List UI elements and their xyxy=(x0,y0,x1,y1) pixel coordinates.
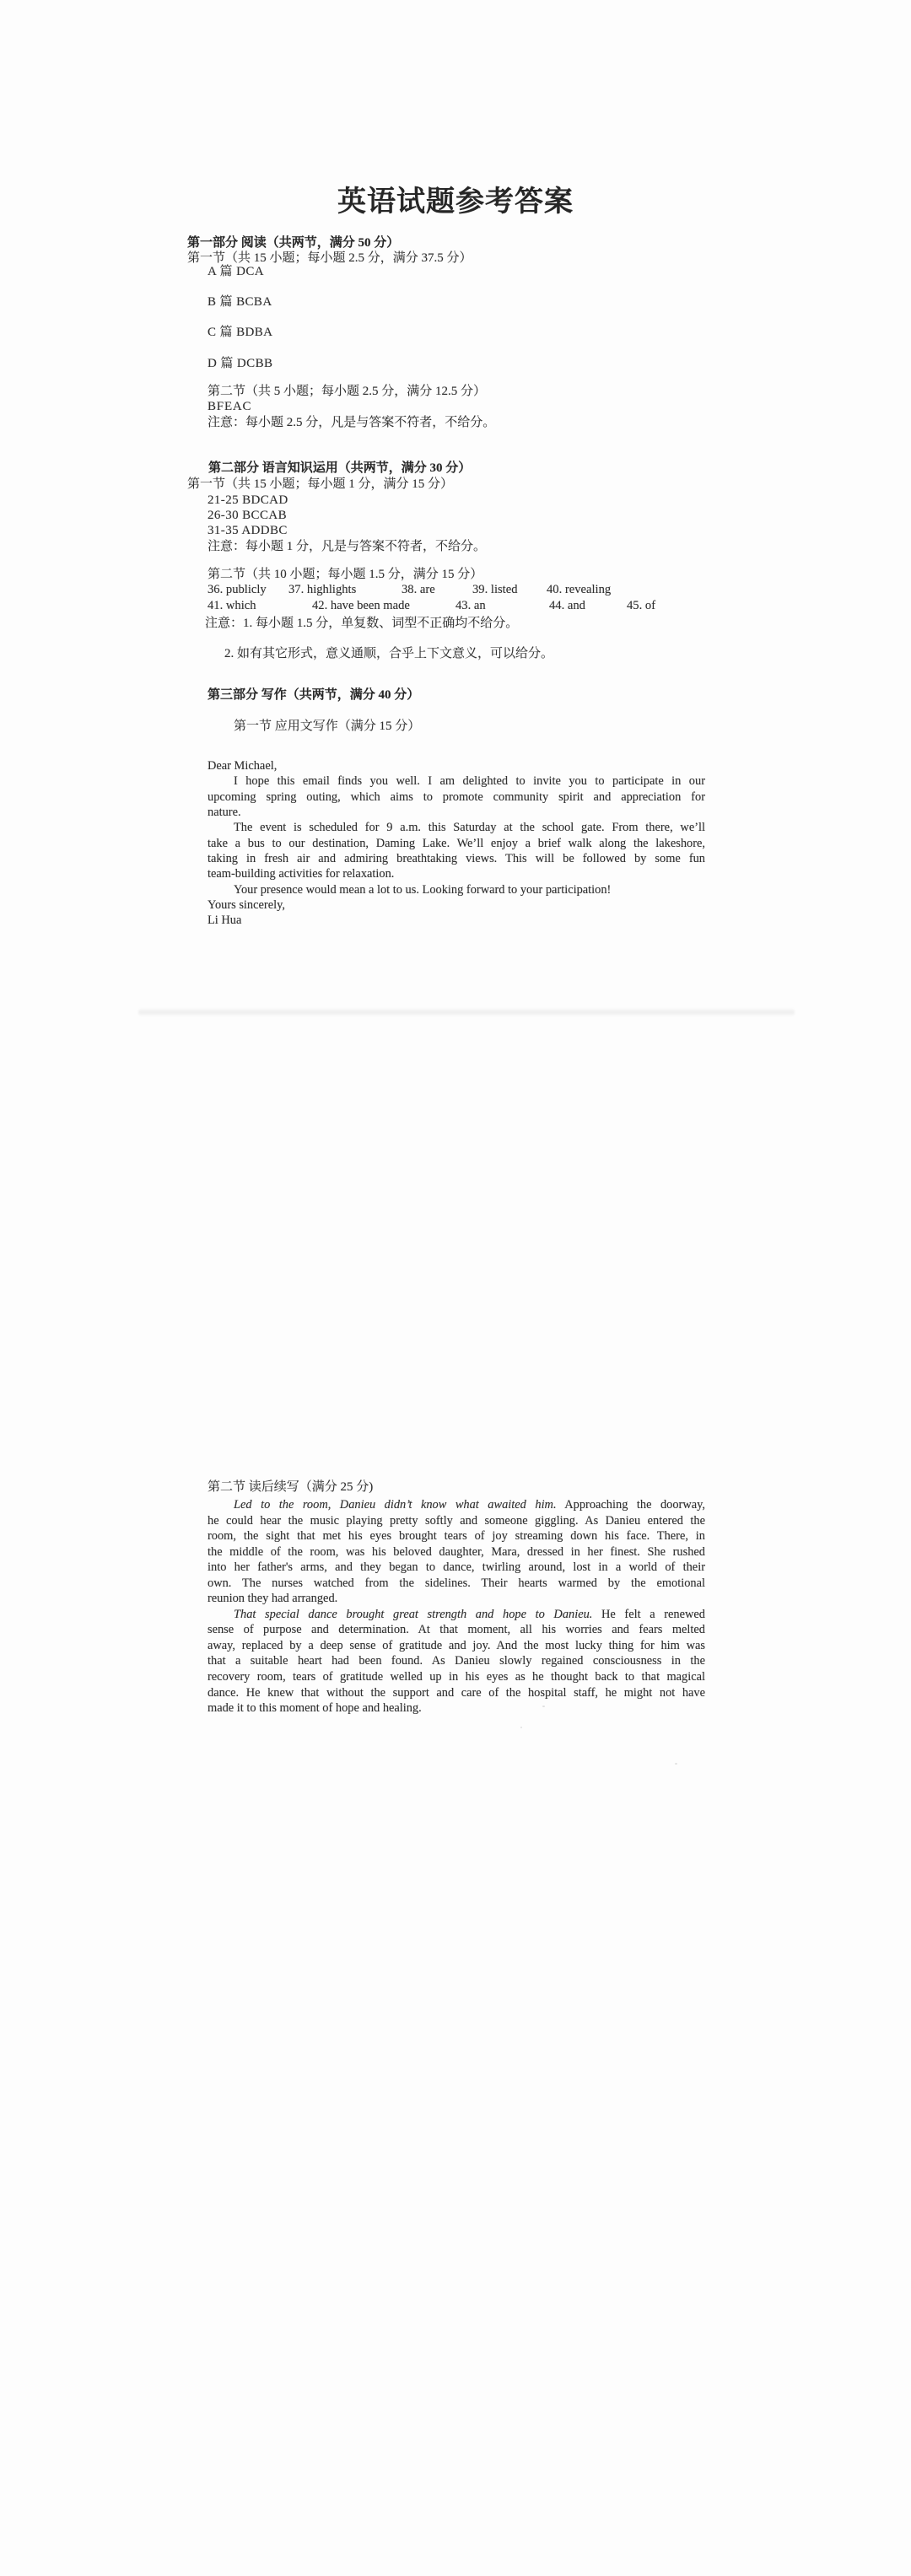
plain-text: He felt a renewed xyxy=(592,1608,705,1621)
part3-heading: 第三部分 写作（共两节，满分 40 分） xyxy=(208,687,419,703)
part2-section1-heading: 第一节（共 15 小题；每小题 1 分，满分 15 分） xyxy=(187,477,453,493)
fill-answer: 40. revealing xyxy=(547,583,611,597)
plain-text: Approaching the doorway, xyxy=(557,1498,705,1512)
text-line: sense of purpose and determination. At t… xyxy=(208,1622,705,1638)
answer-line: 26-30 BCCAB xyxy=(208,508,288,523)
fill-answer: 38. are xyxy=(402,583,435,597)
fill-answer: 39. listed xyxy=(472,583,518,597)
scan-band-artifact xyxy=(138,1009,795,1016)
part2-section2-heading: 第二节（共 10 小题；每小题 1.5 分，满分 15 分） xyxy=(208,567,482,583)
text-line: upcoming spring outing, which aims to pr… xyxy=(208,790,705,805)
text-line: dance. He knew that without the support … xyxy=(208,1685,705,1701)
part2-cloze-answers: 21-25 BDCAD26-30 BCCAB31-35 ADDBC xyxy=(208,493,288,539)
text-line: team-building activities for relaxation. xyxy=(208,866,705,881)
part2-section2-note-1: 注意：1. 每小题 1.5 分，单复数、词型不正确均不给分。 xyxy=(205,616,518,632)
scan-speck xyxy=(675,1763,677,1765)
answer-line: B 篇 BCBA xyxy=(208,294,272,325)
part1-passage-answers: A 篇 DCAB 篇 BCBAC 篇 BDBAD 篇 DCBB xyxy=(208,264,272,386)
part2-section1-note: 注意：每小题 1 分，凡是与答案不符者，不给分。 xyxy=(208,539,486,555)
text-line: that a suitable heart had been found. As… xyxy=(208,1653,705,1669)
fill-answer: 37. highlights xyxy=(288,583,356,597)
text-line: away, replaced by a deep sense of gratit… xyxy=(208,1638,705,1654)
fill-answer: 42. have been made xyxy=(312,599,410,613)
text-line: taking in fresh air and admiring breatht… xyxy=(208,851,705,866)
application-letter: Dear Michael,I hope this email finds you… xyxy=(208,758,705,929)
text-line: I hope this email finds you well. I am d… xyxy=(208,773,705,789)
text-line: the middle of the room, was his beloved … xyxy=(208,1544,705,1560)
italic-text: That special dance brought great strengt… xyxy=(234,1608,592,1621)
answer-line: A 篇 DCA xyxy=(208,264,272,294)
scan-speck xyxy=(542,1706,545,1707)
document-page: 英语试题参考答案 第一部分 阅读（共两节，满分 50 分） 第一节（共 15 小… xyxy=(0,0,911,2576)
text-line: Li Hua xyxy=(208,913,705,928)
text-line: recovery room, tears of gratitude welled… xyxy=(208,1669,705,1685)
fill-answer: 36. publicly xyxy=(208,583,267,597)
answer-line: 21-25 BDCAD xyxy=(208,493,288,508)
text-line: into her father's arms, and they began t… xyxy=(208,1560,705,1576)
text-line: Yours sincerely, xyxy=(208,897,705,913)
part1-heading: 第一部分 阅读（共两节，满分 50 分） xyxy=(187,235,399,251)
part2-fill-row-1: 36. publicly37. highlights38. are39. lis… xyxy=(208,583,714,599)
part3-section2-heading: 第二节 读后续写（满分 25 分) xyxy=(208,1479,373,1495)
doc-title: 英语试题参考答案 xyxy=(0,186,911,218)
fill-answer: 45. of xyxy=(627,599,655,613)
text-line: take a bus to our destination, Daming La… xyxy=(208,836,705,851)
text-line: he could hear the music playing pretty s… xyxy=(208,1513,705,1529)
answer-line: C 篇 BDBA xyxy=(208,325,272,355)
italic-text: Led to the room, Danieu didn’t know what… xyxy=(234,1498,557,1512)
text-line: The event is scheduled for 9 a.m. this S… xyxy=(208,820,705,835)
answer-line: D 篇 DCBB xyxy=(208,356,272,386)
fill-answer: 43. an xyxy=(455,599,486,613)
text-line: made it to this moment of hope and heali… xyxy=(208,1700,705,1716)
part1-section2-heading: 第二节（共 5 小题；每小题 2.5 分，满分 12.5 分） xyxy=(208,384,486,400)
text-line: Led to the room, Danieu didn’t know what… xyxy=(208,1497,705,1513)
text-line: own. The nurses watched from the sidelin… xyxy=(208,1576,705,1592)
part2-fill-row-2: 41. which42. have been made43. an44. and… xyxy=(208,599,714,615)
part3-section1-heading: 第一节 应用文写作（满分 15 分） xyxy=(234,719,420,735)
text-line: That special dance brought great strengt… xyxy=(208,1607,705,1623)
text-line: room, the sight that met his eyes brough… xyxy=(208,1528,705,1544)
text-line: Dear Michael, xyxy=(208,758,705,773)
fill-answer: 41. which xyxy=(208,599,256,613)
part2-section2-note-2: 2. 如有其它形式，意义通顺，合乎上下文意义，可以给分。 xyxy=(224,646,553,662)
text-line: reunion they had arranged. xyxy=(208,1591,705,1607)
continuation-story: Led to the room, Danieu didn’t know what… xyxy=(208,1497,705,1716)
part2-heading: 第二部分 语言知识运用（共两节，满分 30 分） xyxy=(208,461,471,477)
fill-answer: 44. and xyxy=(549,599,585,613)
answer-line: 31-35 ADDBC xyxy=(208,523,288,538)
part1-section2-note: 注意：每小题 2.5 分，凡是与答案不符者，不给分。 xyxy=(208,415,495,431)
part1-section2-answer: BFEAC xyxy=(208,399,251,415)
scan-speck xyxy=(520,1727,522,1728)
text-line: Your presence would mean a lot to us. Lo… xyxy=(208,882,705,897)
text-line: nature. xyxy=(208,805,705,820)
